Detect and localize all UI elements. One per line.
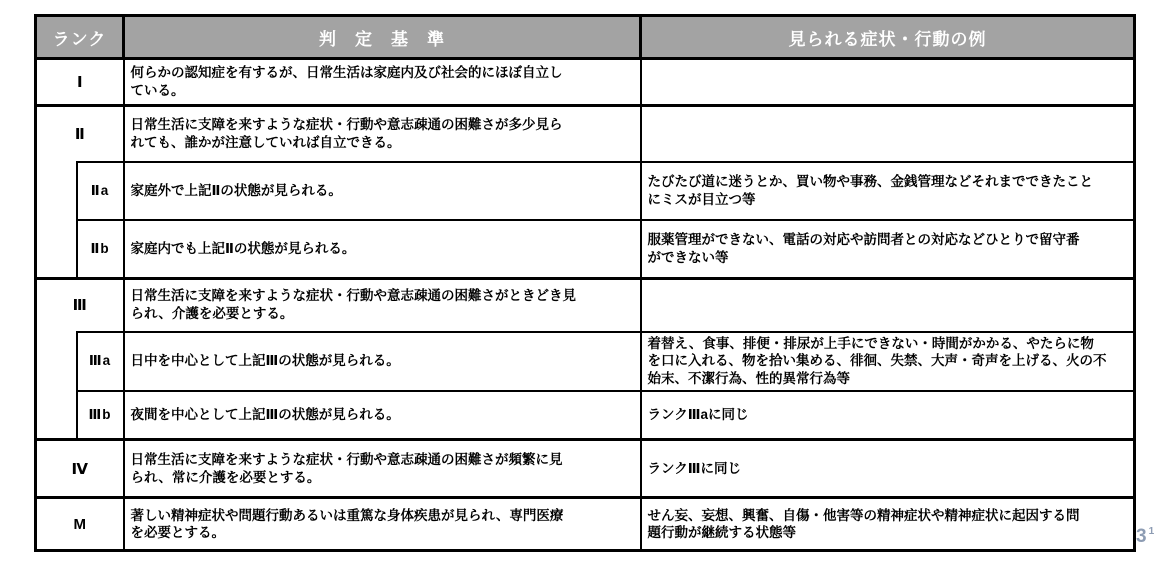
header-rank: ランク (36, 16, 124, 59)
table-row-rank-III: Ⅲ 日常生活に支障を来すような症状・行動や意志疎通の困難さがときどき見 られ、介… (36, 279, 1135, 332)
rank-label-M: M (36, 498, 124, 551)
rank-label-III: Ⅲ (36, 279, 124, 332)
table-row-rank-IV: Ⅳ 日常生活に支障を来すような症状・行動や意志疎通の困難さが頻繁に見 られ、常に… (36, 440, 1135, 498)
page-number-value: 3 (1136, 526, 1147, 547)
table-row-rank-IIIa: Ⅲa 日中を中心として上記Ⅲの状態が見られる。 着替え、食事、排便・排尿が上手に… (36, 332, 1135, 391)
criteria-rank-III: 日常生活に支障を来すような症状・行動や意志疎通の困難さがときどき見 られ、介護を… (124, 279, 641, 332)
rank-label-II: Ⅱ (36, 106, 124, 162)
criteria-rank-IIb: 家庭内でも上記Ⅱの状態が見られる。 (124, 220, 641, 279)
example-rank-IV: ランクⅢに同じ (641, 440, 1135, 498)
example-rank-IIa: たびたび道に迷うとか、買い物や事務、金銭管理などそれまでできたこと にミスが目立… (641, 162, 1135, 220)
criteria-rank-IIa: 家庭外で上記Ⅱの状態が見られる。 (124, 162, 641, 220)
example-rank-IIIb: ランクⅢaに同じ (641, 391, 1135, 440)
rank-label-IIIa: Ⅲa (77, 332, 124, 391)
header-criteria: 判 定 基 準 (124, 16, 641, 59)
example-rank-IIb: 服薬管理ができない、電話の対応や訪問者との対応などひとりで留守番 ができない等 (641, 220, 1135, 279)
criteria-rank-IIIb: 夜間を中心として上記Ⅲの状態が見られる。 (124, 391, 641, 440)
example-rank-III (641, 279, 1135, 332)
table-header-row: ランク 判 定 基 準 見られる症状・行動の例 (36, 16, 1135, 59)
page-number: 31 (1136, 526, 1154, 548)
criteria-rank-II: 日常生活に支障を来すような症状・行動や意志疎通の困難さが多少見ら れても、誰かが… (124, 106, 641, 162)
criteria-rank-IIIa: 日中を中心として上記Ⅲの状態が見られる。 (124, 332, 641, 391)
table-row-rank-I: Ⅰ 何らかの認知症を有するが、日常生活は家庭内及び社会的にほぼ自立し ている。 (36, 59, 1135, 106)
example-rank-II (641, 106, 1135, 162)
rank-label-IIb: Ⅱb (77, 220, 124, 279)
table-row-rank-II: Ⅱ 日常生活に支障を来すような症状・行動や意志疎通の困難さが多少見ら れても、誰… (36, 106, 1135, 162)
rank-label-I: Ⅰ (36, 59, 124, 106)
page-number-marker: 1 (1149, 526, 1155, 537)
criteria-rank-I: 何らかの認知症を有するが、日常生活は家庭内及び社会的にほぼ自立し ている。 (124, 59, 641, 106)
rank-label-IIIb: Ⅲb (77, 391, 124, 440)
rank-label-IIa: Ⅱa (77, 162, 124, 220)
criteria-rank-IV: 日常生活に支障を来すような症状・行動や意志疎通の困難さが頻繁に見 られ、常に介護… (124, 440, 641, 498)
criteria-rank-M: 著しい精神症状や問題行動あるいは重篤な身体疾患が見られ、専門医療 を必要とする。 (124, 498, 641, 551)
example-rank-M: せん妄、妄想、興奮、自傷・他害等の精神症状や精神症状に起因する問 題行動が継続す… (641, 498, 1135, 551)
rank-II-indent-spacer (36, 162, 77, 279)
table-row-rank-M: M 著しい精神症状や問題行動あるいは重篤な身体疾患が見られ、専門医療 を必要とす… (36, 498, 1135, 551)
header-examples: 見られる症状・行動の例 (641, 16, 1135, 59)
table-row-rank-IIb: Ⅱb 家庭内でも上記Ⅱの状態が見られる。 服薬管理ができない、電話の対応や訪問者… (36, 220, 1135, 279)
example-rank-IIIa: 着替え、食事、排便・排尿が上手にできない・時間がかかる、やたらに物 を口に入れる… (641, 332, 1135, 391)
rank-label-IV: Ⅳ (36, 440, 124, 498)
example-rank-I (641, 59, 1135, 106)
table-row-rank-IIa: Ⅱa 家庭外で上記Ⅱの状態が見られる。 たびたび道に迷うとか、買い物や事務、金銭… (36, 162, 1135, 220)
dementia-independence-rank-table: ランク 判 定 基 準 見られる症状・行動の例 Ⅰ 何らかの認知症を有するが、日… (34, 14, 1136, 552)
rank-III-indent-spacer (36, 332, 77, 440)
table-row-rank-IIIb: Ⅲb 夜間を中心として上記Ⅲの状態が見られる。 ランクⅢaに同じ (36, 391, 1135, 440)
